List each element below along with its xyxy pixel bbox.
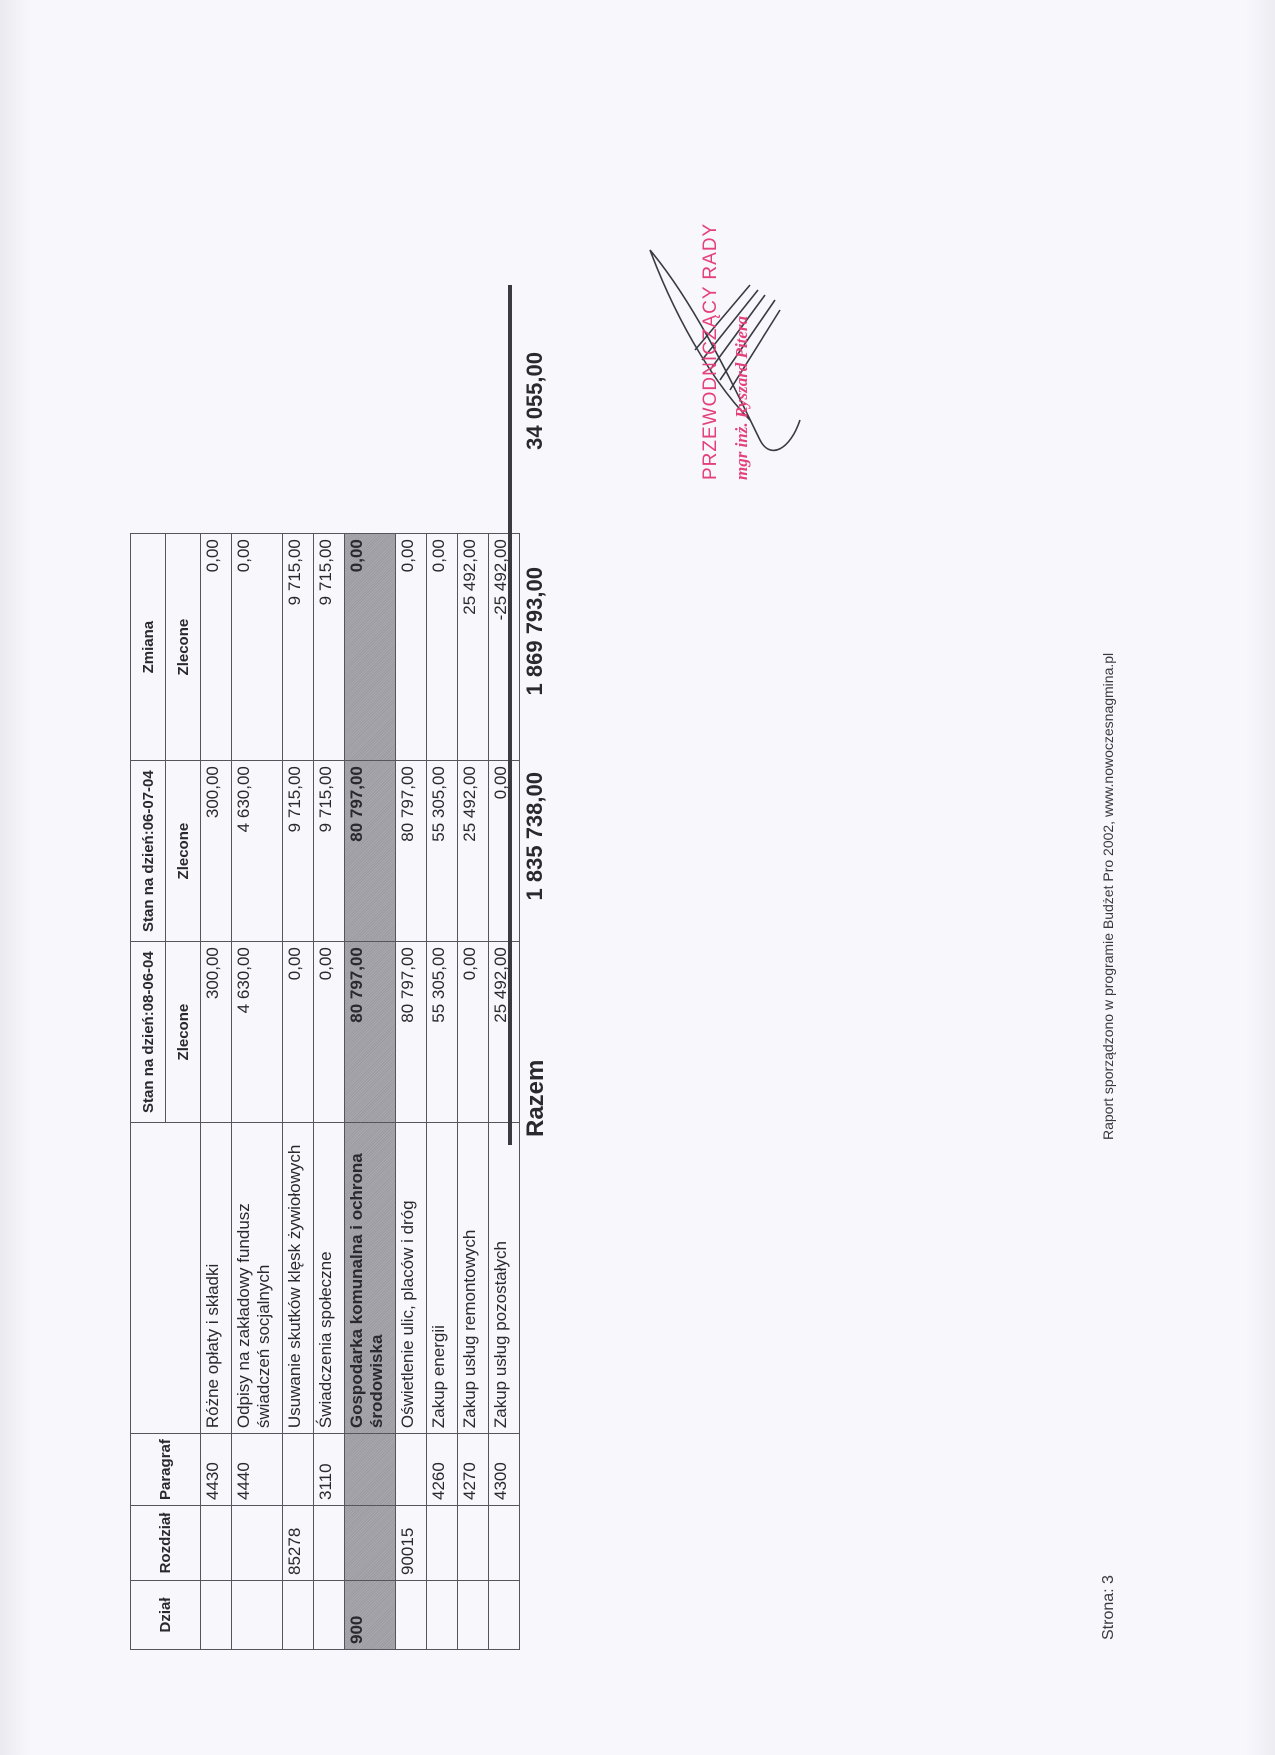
cell-rozdzial <box>489 1506 520 1581</box>
cell-paragraf: 4270 <box>458 1434 489 1506</box>
cell-zmiana: 25 492,00 <box>458 534 489 761</box>
cell-zmiana: 9 715,00 <box>314 534 345 761</box>
table-row: 900Gospodarka komunalna i ochrona środow… <box>345 534 396 1650</box>
cell-dzial <box>489 1581 520 1650</box>
header-dzial: Dział <box>131 1581 201 1650</box>
subheader-zlecone-1: Zlecone <box>166 942 201 1123</box>
table-row: 85278Usuwanie skutków klęsk żywiołowych0… <box>283 534 314 1650</box>
cell-zmiana: 0,00 <box>232 534 283 761</box>
cell-dzial <box>458 1581 489 1650</box>
page-number: Strona: 3 <box>1100 1575 1118 1640</box>
cell-stan-1: 300,00 <box>201 942 232 1123</box>
cell-stan-2: 80 797,00 <box>396 761 427 942</box>
cell-stan-1: 80 797,00 <box>396 942 427 1123</box>
cell-opis: Świadczenia społeczne <box>314 1123 345 1434</box>
header-stan-2: Stan na dzień:06-07-04 <box>131 761 166 942</box>
cell-opis: Różne opłaty i składki <box>201 1123 232 1434</box>
cell-stan-2: 80 797,00 <box>345 761 396 942</box>
cell-paragraf: 4440 <box>232 1434 283 1506</box>
table-row: 4270Zakup usług remontowych0,0025 492,00… <box>458 534 489 1650</box>
header-rozdzial: Rozdział <box>131 1506 201 1581</box>
header-opis <box>131 1123 201 1434</box>
cell-dzial <box>232 1581 283 1650</box>
cell-dzial <box>283 1581 314 1650</box>
cell-rozdzial <box>427 1506 458 1581</box>
totals-stan-2: 1 869 793,00 <box>522 567 548 772</box>
cell-zmiana: 0,00 <box>201 534 232 761</box>
table-row: 4440Odpisy na zakładowy fundusz świadcze… <box>232 534 283 1650</box>
cell-zmiana: 0,00 <box>396 534 427 761</box>
cell-stan-2: 9 715,00 <box>283 761 314 942</box>
cell-rozdzial <box>314 1506 345 1581</box>
cell-rozdzial: 90015 <box>396 1506 427 1581</box>
cell-stan-1: 0,00 <box>458 942 489 1123</box>
cell-rozdzial: 85278 <box>283 1506 314 1581</box>
table-body: 4430Różne opłaty i składki300,00300,000,… <box>201 534 520 1650</box>
header-paragraf: Paragraf <box>131 1434 201 1506</box>
cell-dzial <box>314 1581 345 1650</box>
cell-rozdzial <box>345 1506 396 1581</box>
cell-rozdzial <box>458 1506 489 1581</box>
subheader-zlecone-2: Zlecone <box>166 761 201 942</box>
cell-stan-1: 80 797,00 <box>345 942 396 1123</box>
table-row: 4260Zakup energii55 305,0055 305,000,00 <box>427 534 458 1650</box>
header-row: Dział Rozdział Paragraf Stan na dzień:08… <box>131 534 166 1650</box>
cell-zmiana: 0,00 <box>345 534 396 761</box>
cell-stan-1: 0,00 <box>283 942 314 1123</box>
cell-opis: Odpisy na zakładowy fundusz świadczeń so… <box>232 1123 283 1434</box>
cell-opis: Oświetlenie ulic, placów i dróg <box>396 1123 427 1434</box>
cell-zmiana: 9 715,00 <box>283 534 314 761</box>
cell-paragraf <box>345 1434 396 1506</box>
cell-dzial <box>396 1581 427 1650</box>
cell-stan-2: 4 630,00 <box>232 761 283 942</box>
cell-stan-2: 25 492,00 <box>458 761 489 942</box>
signature-stamp: PRZEWODNICZĄCY RADY mgr inż. Ryszard Pit… <box>640 240 810 480</box>
cell-paragraf <box>396 1434 427 1506</box>
cell-rozdzial <box>232 1506 283 1581</box>
signature-icon <box>640 220 810 480</box>
cell-dzial <box>427 1581 458 1650</box>
stamp-title: PRZEWODNICZĄCY RADY <box>700 223 722 480</box>
cell-paragraf <box>283 1434 314 1506</box>
cell-stan-1: 4 630,00 <box>232 942 283 1123</box>
cell-paragraf: 4430 <box>201 1434 232 1506</box>
cell-opis: Usuwanie skutków klęsk żywiołowych <box>283 1123 314 1434</box>
header-zmiana: Zmiana <box>131 534 166 761</box>
report-credit: Raport sporządzono w programie Budżet Pr… <box>1100 653 1116 1140</box>
budget-table: Dział Rozdział Paragraf Stan na dzień:08… <box>130 533 520 1650</box>
table-row: 90015Oświetlenie ulic, placów i dróg80 7… <box>396 534 427 1650</box>
rotated-page: Dział Rozdział Paragraf Stan na dzień:08… <box>100 180 1160 1700</box>
table-row: 4430Różne opłaty i składki300,00300,000,… <box>201 534 232 1650</box>
cell-opis: Zakup usług pozostałych <box>489 1123 520 1434</box>
cell-dzial <box>201 1581 232 1650</box>
cell-opis: Zakup energii <box>427 1123 458 1434</box>
cell-stan-2: 9 715,00 <box>314 761 345 942</box>
subheader-zlecone-3: Zlecone <box>166 534 201 761</box>
cell-stan-1: 55 305,00 <box>427 942 458 1123</box>
table-row: 3110Świadczenia społeczne0,009 715,009 7… <box>314 534 345 1650</box>
header-stan-1: Stan na dzień:08-06-04 <box>131 942 166 1123</box>
cell-stan-1: 0,00 <box>314 942 345 1123</box>
totals-label: Razem <box>522 1017 550 1145</box>
totals-row: Razem 1 835 738,00 1 869 793,00 34 055,0… <box>508 285 550 1145</box>
cell-stan-2: 300,00 <box>201 761 232 942</box>
totals-zmiana: 34 055,00 <box>522 352 548 567</box>
totals-stan-1: 1 835 738,00 <box>522 772 548 1017</box>
cell-paragraf: 4260 <box>427 1434 458 1506</box>
cell-stan-2: 55 305,00 <box>427 761 458 942</box>
cell-zmiana: 0,00 <box>427 534 458 761</box>
cell-opis: Gospodarka komunalna i ochrona środowisk… <box>345 1123 396 1434</box>
cell-opis: Zakup usług remontowych <box>458 1123 489 1434</box>
cell-paragraf: 3110 <box>314 1434 345 1506</box>
cell-rozdzial <box>201 1506 232 1581</box>
cell-dzial: 900 <box>345 1581 396 1650</box>
cell-paragraf: 4300 <box>489 1434 520 1506</box>
stamp-name: mgr inż. Ryszard Pitera <box>732 316 752 480</box>
